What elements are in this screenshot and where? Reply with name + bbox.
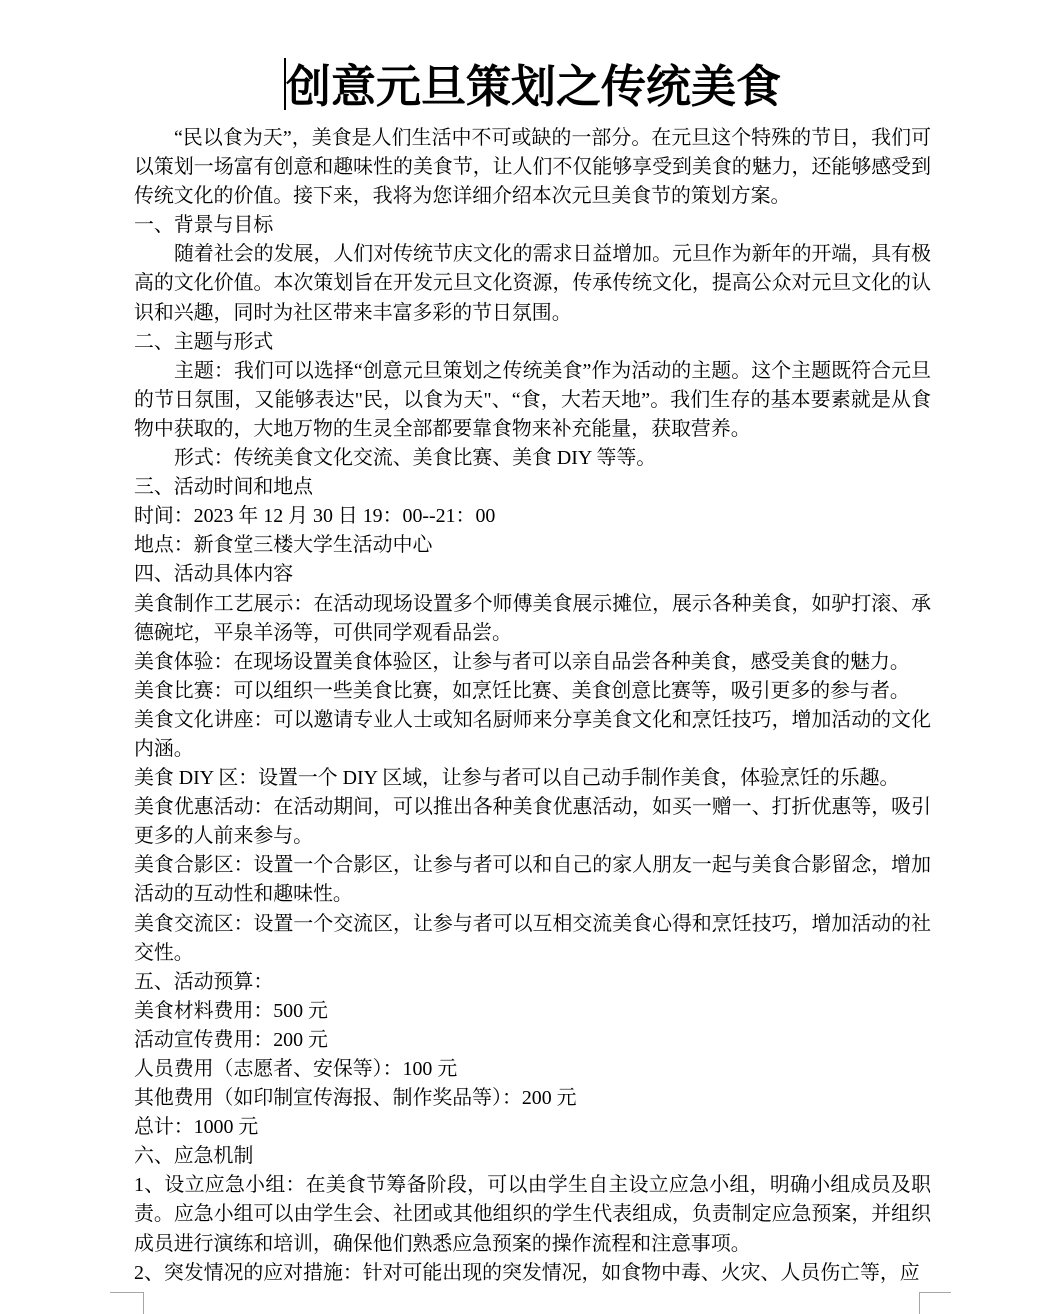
paragraph[interactable]: 美食交流区：设置一个交流区，让参与者可以互相交流美食心得和烹饪技巧，增加活动的社…	[134, 910, 931, 968]
document-title[interactable]: 创意元旦策划之传统美食	[134, 56, 931, 118]
paragraph[interactable]: 三、活动时间和地点	[134, 473, 931, 502]
paragraph[interactable]: 五、活动预算：	[134, 968, 931, 997]
document-page: 创意元旦策划之传统美食 “民以食为天”，美食是人们生活中不可或缺的一部分。在元旦…	[0, 0, 1064, 1314]
paragraph[interactable]: 四、活动具体内容	[134, 560, 931, 589]
paragraph[interactable]: 人员费用（志愿者、安保等）：100 元	[134, 1055, 931, 1084]
paragraph[interactable]: 美食优惠活动：在活动期间，可以推出各种美食优惠活动，如买一赠一、打折优惠等，吸引…	[134, 793, 931, 851]
paragraph[interactable]: “民以食为天”，美食是人们生活中不可或缺的一部分。在元旦这个特殊的节日，我们可以…	[134, 124, 931, 211]
document-title-text: 创意元旦策划之传统美食	[286, 62, 781, 112]
paragraph[interactable]: 美食制作工艺展示：在活动现场设置多个师傅美食展示摊位，展示各种美食，如驴打滚、承…	[134, 590, 931, 648]
text-boundary-mark-bottom-left	[110, 1292, 144, 1314]
paragraph[interactable]: 美食合影区：设置一个合影区，让参与者可以和自己的家人朋友一起与美食合影留念，增加…	[134, 851, 931, 909]
paragraph[interactable]: 二、主题与形式	[134, 328, 931, 357]
paragraph[interactable]: 随着社会的发展，人们对传统节庆文化的需求日益增加。元旦作为新年的开端，具有极高的…	[134, 240, 931, 327]
paragraph[interactable]: 美食文化讲座：可以邀请专业人士或知名厨师来分享美食文化和烹饪技巧，增加活动的文化…	[134, 706, 931, 764]
paragraph[interactable]: 其他费用（如印制宣传海报、制作奖品等）：200 元	[134, 1084, 931, 1113]
document-body[interactable]: “民以食为天”，美食是人们生活中不可或缺的一部分。在元旦这个特殊的节日，我们可以…	[134, 124, 931, 1288]
paragraph[interactable]: 活动宣传费用：200 元	[134, 1026, 931, 1055]
paragraph[interactable]: 美食体验：在现场设置美食体验区，让参与者可以亲自品尝各种美食，感受美食的魅力。	[134, 648, 931, 677]
paragraph[interactable]: 总计：1000 元	[134, 1113, 931, 1142]
paragraph[interactable]: 六、应急机制	[134, 1142, 931, 1171]
paragraph[interactable]: 1、设立应急小组：在美食节筹备阶段，可以由学生自主设立应急小组，明确小组成员及职…	[134, 1171, 931, 1258]
paragraph[interactable]: 主题：我们可以选择“创意元旦策划之传统美食”作为活动的主题。这个主题既符合元旦的…	[134, 357, 931, 444]
paragraph[interactable]: 美食比赛：可以组织一些美食比赛，如烹饪比赛、美食创意比赛等，吸引更多的参与者。	[134, 677, 931, 706]
paragraph[interactable]: 一、背景与目标	[134, 211, 931, 240]
paragraph[interactable]: 地点：新食堂三楼大学生活动中心	[134, 531, 931, 560]
paragraph[interactable]: 形式：传统美食文化交流、美食比赛、美食 DIY 等等。	[134, 444, 931, 473]
paragraph[interactable]: 美食 DIY 区：设置一个 DIY 区域，让参与者可以自己动手制作美食，体验烹饪…	[134, 764, 931, 793]
paragraph[interactable]: 2、突发情况的应对措施：针对可能出现的突发情况，如食物中毒、火灾、人员伤亡等，应	[134, 1259, 931, 1288]
text-boundary-mark-bottom-right	[919, 1292, 951, 1314]
paragraph[interactable]: 美食材料费用：500 元	[134, 997, 931, 1026]
paragraph[interactable]: 时间：2023 年 12 月 30 日 19：00--21：00	[134, 502, 931, 531]
